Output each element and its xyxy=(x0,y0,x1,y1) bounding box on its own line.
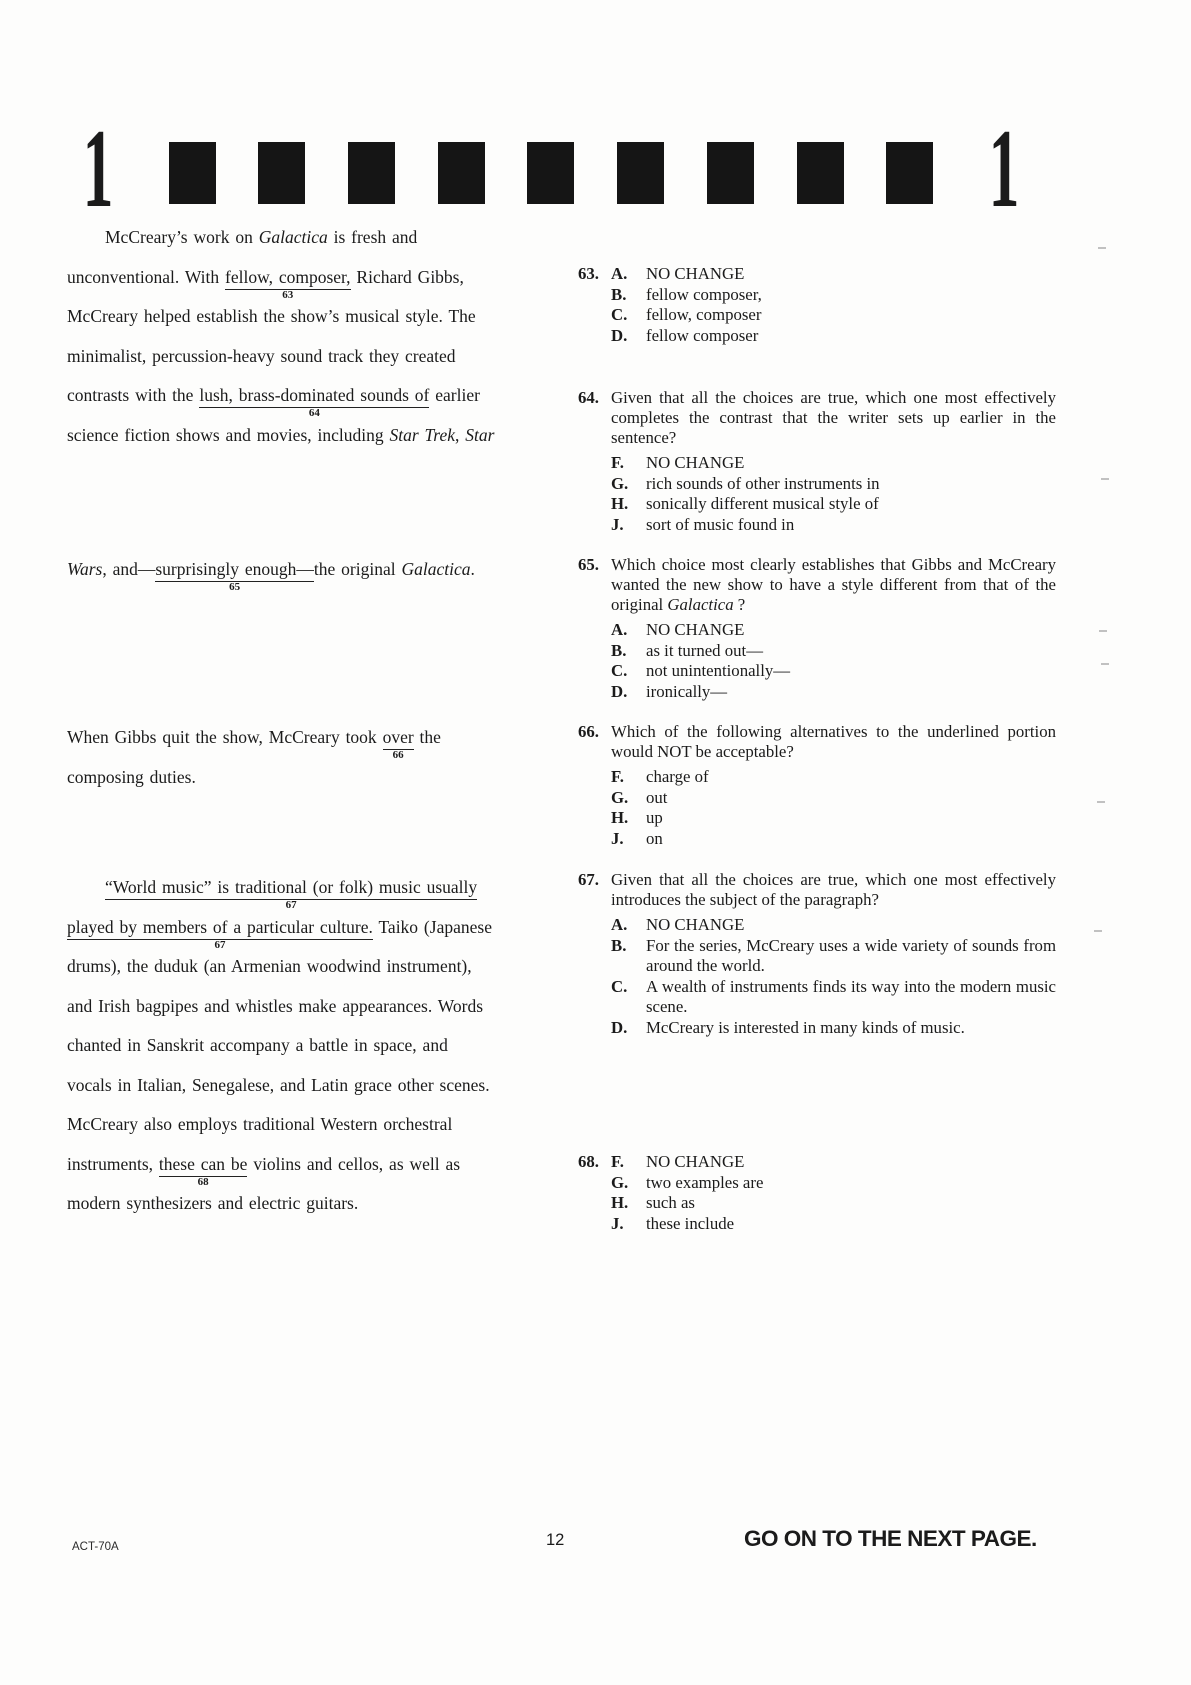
question-body: A.NO CHANGEB.fellow composer,C.fellow, c… xyxy=(611,264,1056,346)
option-letter: H. xyxy=(611,494,646,515)
option-letter: C. xyxy=(611,661,646,682)
option-text: NO CHANGE xyxy=(646,1152,1056,1173)
answer-option: B.For the series, McCreary uses a wide v… xyxy=(611,936,1056,977)
text-segment: . xyxy=(470,559,474,579)
header-square xyxy=(527,142,574,204)
text-segment: composing duties. xyxy=(67,767,196,787)
passage-line: contrasts with the lush, brass-dominated… xyxy=(67,376,494,416)
answer-option: B.as it turned out— xyxy=(611,641,1056,662)
option-text: ironically— xyxy=(646,682,1056,703)
scan-artifact xyxy=(1099,630,1107,632)
text-segment: minimalist, percussion-heavy sound track… xyxy=(67,346,456,366)
question-number: 67. xyxy=(578,870,611,1038)
question-block: 68.F.NO CHANGEG.two examples areH.such a… xyxy=(578,1152,1056,1234)
header-square xyxy=(707,142,754,204)
underline-number: 66 xyxy=(393,750,404,761)
option-letter: C. xyxy=(611,977,646,1018)
question-stem: Which choice most clearly establishes th… xyxy=(611,555,1056,615)
option-text: sonically different musical style of xyxy=(646,494,1056,515)
question-number: 66. xyxy=(578,722,611,849)
option-letter: C. xyxy=(611,305,646,326)
text-segment: , and— xyxy=(102,559,155,579)
passage-block: “World music” is traditional (or folk) m… xyxy=(67,868,492,1224)
passage-line: played by members of a particular cultur… xyxy=(67,908,492,948)
option-text: these include xyxy=(646,1214,1056,1235)
scan-artifact xyxy=(1101,663,1109,665)
text-segment: Galactica xyxy=(259,227,328,247)
option-text: McCreary is interested in many kinds of … xyxy=(646,1018,1056,1039)
passage-line: McCreary also employs traditional Wester… xyxy=(67,1105,492,1145)
underline-number: 64 xyxy=(309,408,320,419)
underline-number: 63 xyxy=(282,290,293,301)
text-segment: Taiko (Japanese xyxy=(373,917,492,937)
option-letter: A. xyxy=(611,620,646,641)
question-body: Given that all the choices are true, whi… xyxy=(611,870,1056,1038)
text-segment: modern synthesizers and electric guitars… xyxy=(67,1193,358,1213)
passage-line: science fiction shows and movies, includ… xyxy=(67,416,494,456)
text-segment: Given that all the choices are true, whi… xyxy=(611,388,1056,447)
answer-option: G.two examples are xyxy=(611,1173,1056,1194)
scan-artifact xyxy=(1098,247,1106,249)
header-square xyxy=(797,142,844,204)
test-page: 1 1 McCreary’s work on Galactica is fres… xyxy=(0,0,1191,1685)
underline-number: 68 xyxy=(198,1177,209,1188)
answer-option: D.ironically— xyxy=(611,682,1056,703)
text-segment: Which of the following alternatives to t… xyxy=(611,722,1056,761)
option-text: NO CHANGE xyxy=(646,915,1056,936)
option-letter: B. xyxy=(611,641,646,662)
option-letter: J. xyxy=(611,515,646,536)
underlined-segment: fellow, composer,63 xyxy=(225,267,351,290)
passage-line: chanted in Sanskrit accompany a battle i… xyxy=(67,1026,492,1066)
question-number: 68. xyxy=(578,1152,611,1234)
passage-line: vocals in Italian, Senegalese, and Latin… xyxy=(67,1066,492,1106)
option-letter: B. xyxy=(611,285,646,306)
answer-option: H.such as xyxy=(611,1193,1056,1214)
question-stem: Given that all the choices are true, whi… xyxy=(611,870,1056,910)
option-text: rich sounds of other instruments in xyxy=(646,474,1056,495)
answer-option: F.charge of xyxy=(611,767,1056,788)
text-segment: Galactica xyxy=(667,595,733,614)
text-segment: earlier xyxy=(429,385,480,405)
option-letter: D. xyxy=(611,326,646,347)
option-text: NO CHANGE xyxy=(646,264,1056,285)
option-letter: H. xyxy=(611,1193,646,1214)
section-number-right: 1 xyxy=(988,134,1019,204)
question-stem: Given that all the choices are true, whi… xyxy=(611,388,1056,448)
option-text: such as xyxy=(646,1193,1056,1214)
option-text: fellow composer xyxy=(646,326,1056,347)
text-segment: Galactica xyxy=(401,559,470,579)
question-number: 65. xyxy=(578,555,611,702)
passage-block: McCreary’s work on Galactica is fresh an… xyxy=(67,218,494,455)
underlined-segment: played by members of a particular cultur… xyxy=(67,917,373,940)
option-text: out xyxy=(646,788,1056,809)
option-letter: D. xyxy=(611,1018,646,1039)
passage-line: McCreary helped establish the show’s mus… xyxy=(67,297,494,337)
passage-block: When Gibbs quit the show, McCreary took … xyxy=(67,718,441,797)
answer-option: C.not unintentionally— xyxy=(611,661,1056,682)
underline-number: 67 xyxy=(286,900,297,911)
answer-option: A.NO CHANGE xyxy=(611,264,1056,285)
scan-artifact xyxy=(1094,930,1102,932)
text-segment: McCreary helped establish the show’s mus… xyxy=(67,306,476,326)
underlined-segment: surprisingly enough—65 xyxy=(155,559,314,582)
page-number: 12 xyxy=(546,1531,564,1550)
passage-line: drums), the duduk (an Armenian woodwind … xyxy=(67,947,492,987)
underlined-segment: these can be68 xyxy=(159,1154,248,1177)
option-text: on xyxy=(646,829,1056,850)
answer-option: C.A wealth of instruments finds its way … xyxy=(611,977,1056,1018)
question-body: Which choice most clearly establishes th… xyxy=(611,555,1056,702)
question-block: 66.Which of the following alternatives t… xyxy=(578,722,1056,849)
question-block: 64.Given that all the choices are true, … xyxy=(578,388,1056,535)
text-segment: Richard Gibbs, xyxy=(351,267,464,287)
option-letter: D. xyxy=(611,682,646,703)
question-stem: Which of the following alternatives to t… xyxy=(611,722,1056,762)
text-segment: violins and cellos, as well as xyxy=(247,1154,460,1174)
passage-line: composing duties. xyxy=(67,758,441,798)
form-code: ACT-70A xyxy=(72,1541,119,1553)
option-text: A wealth of instruments finds its way in… xyxy=(646,977,1056,1018)
header-square xyxy=(886,142,933,204)
answer-option: G.out xyxy=(611,788,1056,809)
passage-line: “World music” is traditional (or folk) m… xyxy=(67,868,492,908)
underline-number: 67 xyxy=(214,940,225,951)
option-letter: F. xyxy=(611,1152,646,1173)
section-number-left: 1 xyxy=(83,134,114,204)
question-body: F.NO CHANGEG.two examples areH.such asJ.… xyxy=(611,1152,1056,1234)
option-text: not unintentionally— xyxy=(646,661,1056,682)
option-letter: J. xyxy=(611,1214,646,1235)
header-square xyxy=(169,142,216,204)
answer-option: F.NO CHANGE xyxy=(611,453,1056,474)
underlined-segment: “World music” is traditional (or folk) m… xyxy=(105,877,477,900)
question-body: Given that all the choices are true, whi… xyxy=(611,388,1056,535)
passage-line: McCreary’s work on Galactica is fresh an… xyxy=(67,218,494,258)
text-segment: unconventional. With xyxy=(67,267,225,287)
scan-artifact xyxy=(1101,478,1109,480)
answer-option: A.NO CHANGE xyxy=(611,620,1056,641)
text-segment: McCreary also employs traditional Wester… xyxy=(67,1114,452,1134)
text-segment: , xyxy=(455,425,465,445)
question-number: 63. xyxy=(578,264,611,346)
text-segment: When Gibbs quit the show, McCreary took xyxy=(67,727,383,747)
text-segment: the original xyxy=(314,559,402,579)
answer-option: F.NO CHANGE xyxy=(611,1152,1056,1173)
question-block: 67.Given that all the choices are true, … xyxy=(578,870,1056,1038)
option-letter: H. xyxy=(611,808,646,829)
scan-artifact xyxy=(1097,801,1105,803)
option-text: NO CHANGE xyxy=(646,620,1056,641)
question-number: 64. xyxy=(578,388,611,535)
answer-option: J.on xyxy=(611,829,1056,850)
option-letter: B. xyxy=(611,936,646,977)
question-block: 65.Which choice most clearly establishes… xyxy=(578,555,1056,702)
text-segment: is fresh and xyxy=(328,227,418,247)
text-segment: and Irish bagpipes and whistles make app… xyxy=(67,996,483,1016)
passage-line: minimalist, percussion-heavy sound track… xyxy=(67,337,494,377)
text-segment: contrasts with the xyxy=(67,385,199,405)
option-text: two examples are xyxy=(646,1173,1056,1194)
underlined-segment: over66 xyxy=(383,727,414,750)
underlined-segment: lush, brass-dominated sounds of64 xyxy=(199,385,429,408)
passage-line: instruments, these can be68 violins and … xyxy=(67,1145,492,1185)
header-square xyxy=(348,142,395,204)
option-letter: J. xyxy=(611,829,646,850)
answer-option: J.sort of music found in xyxy=(611,515,1056,536)
page-header: 1 1 xyxy=(70,122,1032,204)
answer-option: D.McCreary is interested in many kinds o… xyxy=(611,1018,1056,1039)
text-segment: instruments, xyxy=(67,1154,159,1174)
option-text: up xyxy=(646,808,1056,829)
option-text: as it turned out— xyxy=(646,641,1056,662)
option-letter: A. xyxy=(611,264,646,285)
answer-option: J.these include xyxy=(611,1214,1056,1235)
option-text: For the series, McCreary uses a wide var… xyxy=(646,936,1056,977)
answer-option: C.fellow, composer xyxy=(611,305,1056,326)
header-square xyxy=(617,142,664,204)
option-letter: F. xyxy=(611,453,646,474)
passage-line: Wars, and—surprisingly enough—65the orig… xyxy=(67,550,475,590)
header-square xyxy=(438,142,485,204)
question-body: Which of the following alternatives to t… xyxy=(611,722,1056,849)
option-letter: G. xyxy=(611,1173,646,1194)
next-page-instruction: GO ON TO THE NEXT PAGE. xyxy=(744,1526,1037,1552)
answer-option: A.NO CHANGE xyxy=(611,915,1056,936)
text-segment: the xyxy=(414,727,441,747)
option-letter: G. xyxy=(611,788,646,809)
answer-option: B.fellow composer, xyxy=(611,285,1056,306)
answer-option: H.up xyxy=(611,808,1056,829)
text-segment: drums), the duduk (an Armenian woodwind … xyxy=(67,956,472,976)
answer-option: D.fellow composer xyxy=(611,326,1056,347)
header-square xyxy=(258,142,305,204)
option-letter: A. xyxy=(611,915,646,936)
question-block: 63.A.NO CHANGEB.fellow composer,C.fellow… xyxy=(578,264,1056,346)
text-segment: ? xyxy=(734,595,746,614)
answer-option: G.rich sounds of other instruments in xyxy=(611,474,1056,495)
passage-line: unconventional. With fellow, composer,63… xyxy=(67,258,494,298)
option-letter: G. xyxy=(611,474,646,495)
passage-line: When Gibbs quit the show, McCreary took … xyxy=(67,718,441,758)
option-text: fellow composer, xyxy=(646,285,1056,306)
option-text: sort of music found in xyxy=(646,515,1056,536)
option-letter: F. xyxy=(611,767,646,788)
text-segment: Star Trek xyxy=(389,425,455,445)
text-segment: Wars xyxy=(67,559,102,579)
text-segment: vocals in Italian, Senegalese, and Latin… xyxy=(67,1075,490,1095)
option-text: charge of xyxy=(646,767,1056,788)
text-segment: science fiction shows and movies, includ… xyxy=(67,425,389,445)
underline-number: 65 xyxy=(229,582,240,593)
option-text: NO CHANGE xyxy=(646,453,1056,474)
answer-option: H.sonically different musical style of xyxy=(611,494,1056,515)
option-text: fellow, composer xyxy=(646,305,1056,326)
passage-line: modern synthesizers and electric guitars… xyxy=(67,1184,492,1224)
passage-block: Wars, and—surprisingly enough—65the orig… xyxy=(67,550,475,590)
text-segment: McCreary’s work on xyxy=(105,227,259,247)
text-segment: chanted in Sanskrit accompany a battle i… xyxy=(67,1035,448,1055)
text-segment: Star xyxy=(465,425,494,445)
passage-line: and Irish bagpipes and whistles make app… xyxy=(67,987,492,1027)
text-segment: Given that all the choices are true, whi… xyxy=(611,870,1056,909)
